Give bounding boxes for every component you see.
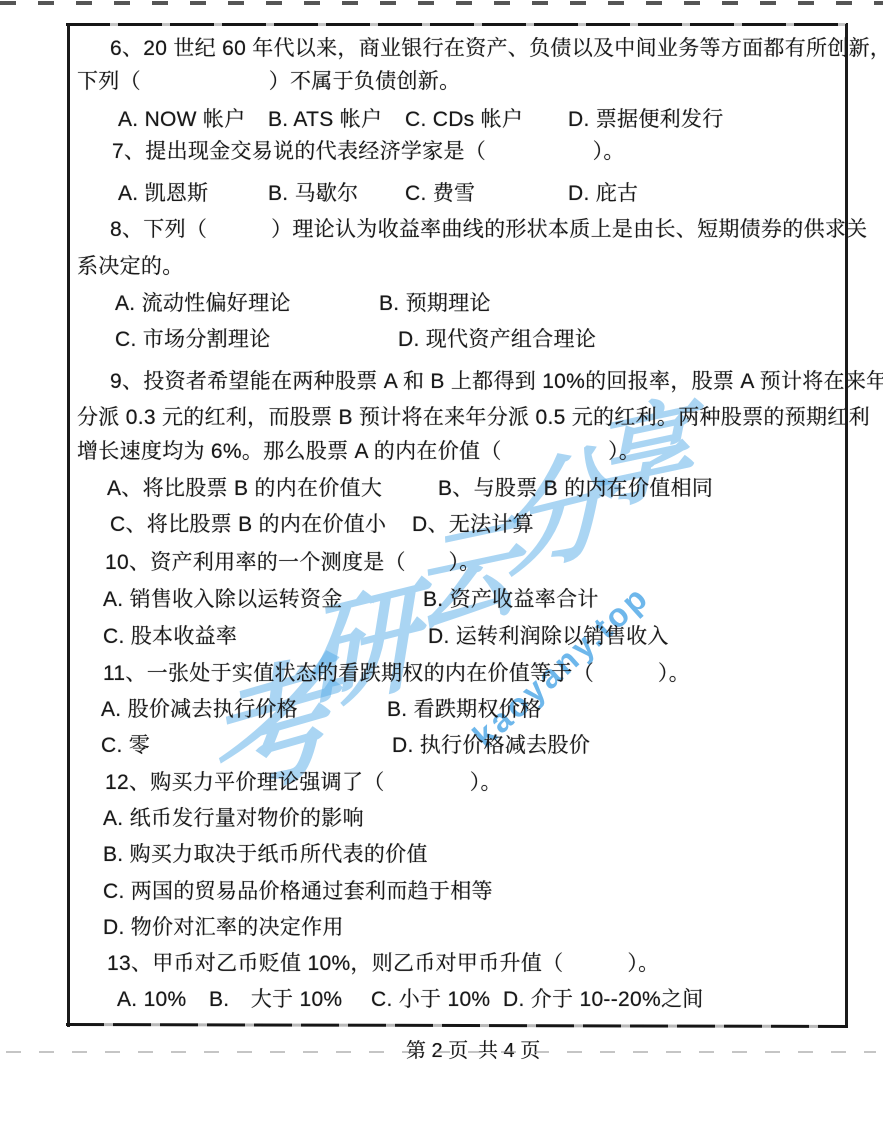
q7-options-part-1: A. 凯恩斯 — [118, 182, 208, 206]
q9-options-cd-part-1: C、将比股票 B 的内在价值小 — [110, 513, 386, 537]
q8-options-cd-part-2: D. 现代资产组合理论 — [398, 328, 596, 352]
page-border-bottom — [66, 1023, 848, 1028]
q6-stem-line2: 下列（ ）不属于负债创新。 — [77, 70, 460, 94]
scanned-exam-page: kaoyany.top 考研云分享 6、20 世纪 60 年代以来，商业银行在资… — [0, 0, 883, 1135]
q8-stem-line1: 8、下列（ ）理论认为收益率曲线的形状本质上是由长、短期债券的供求关 — [110, 218, 867, 242]
q9-options-cd-part-2: D、无法计算 — [412, 513, 534, 537]
q6-options-part-3: C. CDs 帐户 — [405, 108, 523, 132]
q8-options-cd-part-1: C. 市场分割理论 — [115, 328, 271, 352]
scan-artifact-bottom-dashes — [6, 1051, 876, 1053]
q13-options-part-4: D. 介于 10--20%之间 — [503, 988, 704, 1012]
q10-options-cd-part-1: C. 股本收益率 — [103, 625, 237, 649]
q9-stem-line3: 增长速度均为 6%。那么股票 A 的内在价值（ ）。 — [77, 440, 640, 464]
q13-options-part-2: B. 大于 10% — [209, 988, 342, 1012]
q12-option-a: A. 纸币发行量对物价的影响 — [103, 807, 364, 831]
q8-options-ab-part-1: A. 流动性偏好理论 — [115, 292, 291, 316]
q12-stem: 12、购买力平价理论强调了（ ）。 — [105, 771, 502, 795]
q10-stem: 10、资产利用率的一个测度是（ ）。 — [105, 551, 481, 575]
page-border-top — [66, 23, 848, 26]
q7-options-part-3: C. 费雪 — [405, 182, 475, 206]
q6-stem-line1: 6、20 世纪 60 年代以来，商业银行在资产、负债以及中间业务等方面都有所创新… — [110, 37, 883, 61]
q12-option-b: B. 购买力取决于纸币所代表的价值 — [103, 843, 428, 867]
q10-options-ab-part-2: B. 资产收益率合计 — [423, 588, 599, 612]
page-footer-current: 第 2 页 — [406, 1034, 468, 1063]
q8-options-ab-part-2: B. 预期理论 — [379, 292, 491, 316]
q6-options-part-2: B. ATS 帐户 — [268, 108, 382, 132]
page-border-right — [845, 24, 848, 1027]
q9-stem-line1: 9、投资者希望能在两种股票 A 和 B 上都得到 10%的回报率，股票 A 预计… — [110, 370, 883, 394]
q11-options-ab-part-1: A. 股价减去执行价格 — [101, 698, 298, 722]
scan-artifact-top-dashes — [0, 1, 883, 5]
q11-stem: 11、一张处于实值状态的看跌期权的内在价值等于（ ）。 — [103, 662, 690, 686]
q9-options-ab-part-1: A、将比股票 B 的内在价值大 — [107, 477, 382, 501]
page-border-left — [67, 24, 70, 1027]
q11-options-ab-part-2: B. 看跌期权价格 — [387, 698, 541, 722]
q6-options-part-1: A. NOW 帐户 — [118, 108, 246, 132]
watermark-character: 分 — [494, 407, 616, 601]
q7-options-part-2: B. 马歇尔 — [268, 182, 358, 206]
q13-options-part-3: C. 小于 10% — [371, 988, 490, 1012]
q8-stem-line2: 系决定的。 — [77, 255, 184, 279]
q6-options-part-4: D. 票据便利发行 — [568, 108, 724, 132]
q9-options-ab-part-2: B、与股票 B 的内在价值相同 — [438, 477, 713, 501]
q11-options-cd-part-2: D. 执行价格减去股价 — [392, 734, 590, 758]
q13-stem: 13、甲币对乙币贬值 10%，则乙币对甲币升值（ ）。 — [107, 952, 659, 976]
q7-stem: 7、提出现金交易说的代表经济学家是（ ）。 — [112, 140, 625, 164]
q11-options-cd-part-1: C. 零 — [101, 734, 150, 758]
q9-stem-line2: 分派 0.3 元的红利，而股票 B 预计将在来年分派 0.5 元的红利。两种股票… — [77, 406, 870, 430]
q12-option-d: D. 物价对汇率的决定作用 — [103, 916, 344, 940]
q12-option-c: C. 两国的贸易品价格通过套利而趋于相等 — [103, 880, 493, 904]
q10-options-ab-part-1: A. 销售收入除以运转资金 — [103, 588, 343, 612]
page-footer-total: 共 4 页 — [478, 1034, 540, 1063]
q7-options-part-4: D. 庇古 — [568, 182, 638, 206]
q10-options-cd-part-2: D. 运转利润除以销售收入 — [428, 625, 669, 649]
q13-options-part-1: A. 10% — [117, 988, 187, 1012]
